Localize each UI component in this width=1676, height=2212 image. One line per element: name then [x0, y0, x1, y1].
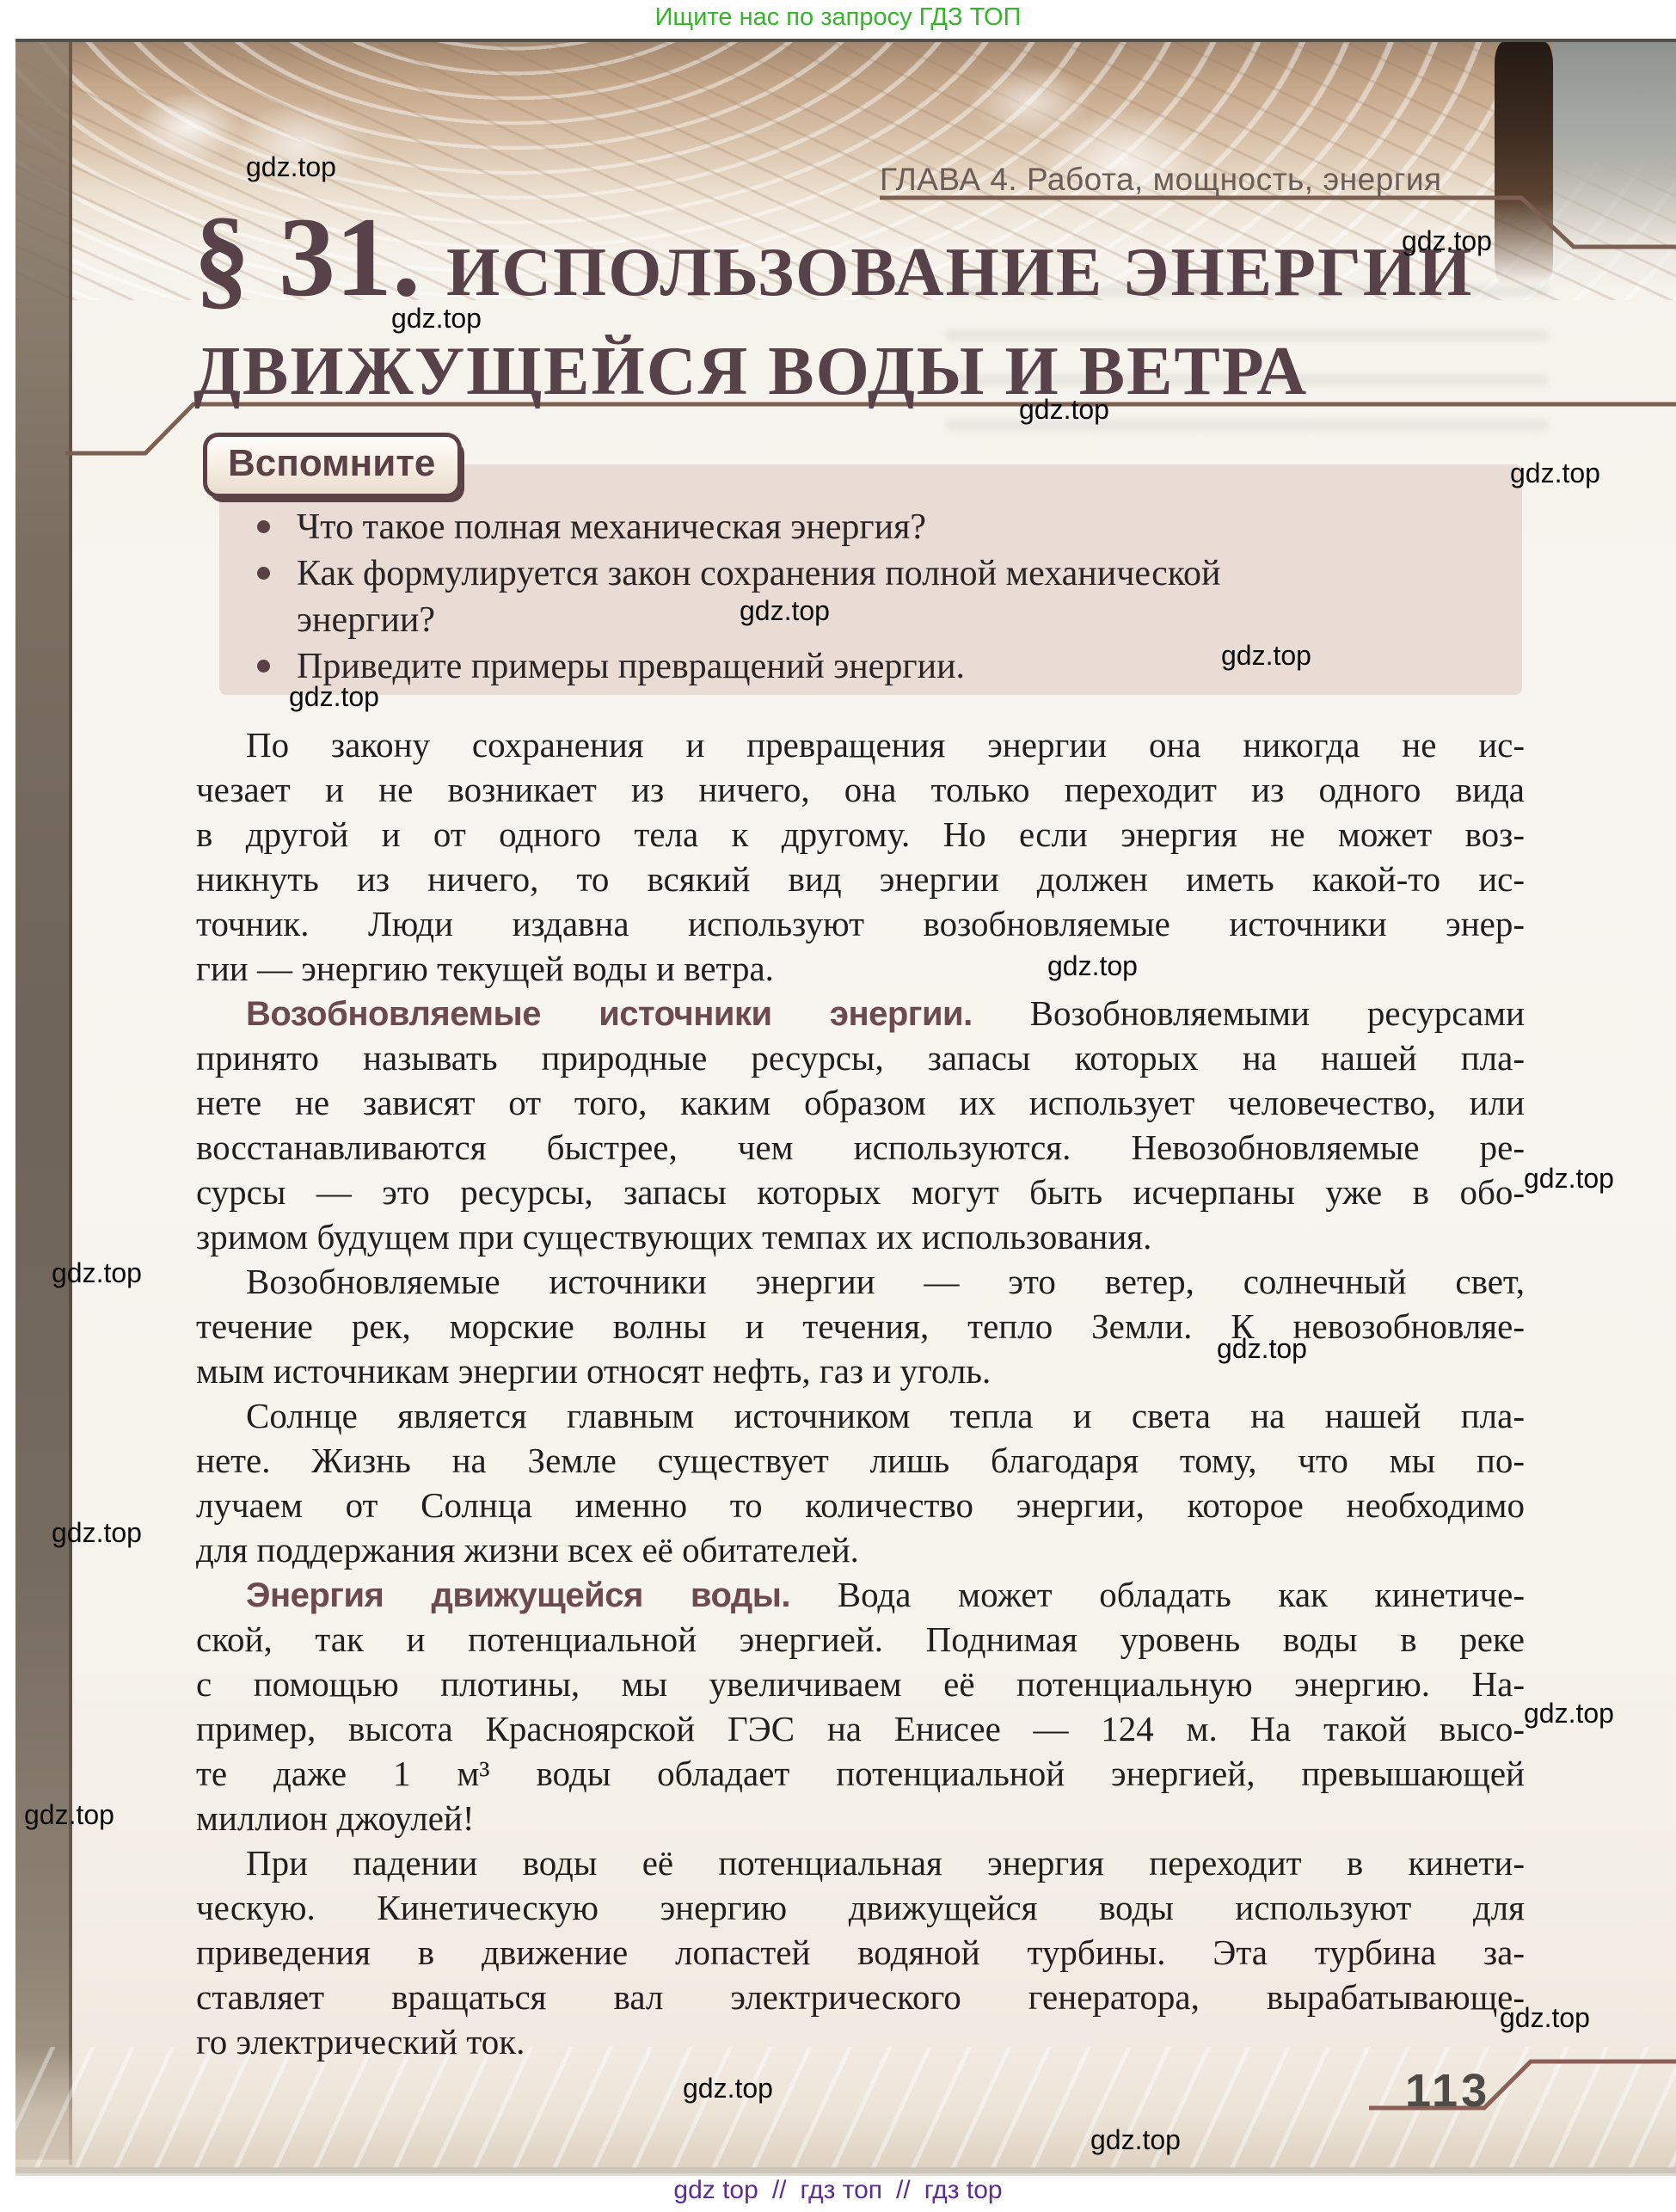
- text-line: Возобновляемые источники энергии. Возобн…: [196, 991, 1525, 1035]
- text-line: нете не зависят от того, каким образом и…: [196, 1080, 1525, 1125]
- text-line: нете. Жизнь на Земле существует лишь бла…: [196, 1438, 1525, 1483]
- recall-item: Что такое полная механическая энергия?: [255, 504, 1507, 550]
- section-title-line2: ДВИЖУЩЕЙСЯ ВОДЫ И ВЕТРА: [193, 337, 1308, 406]
- text-line: Возобновляемые источники энергии — это в…: [196, 1259, 1525, 1304]
- text-line: Энергия движущейся воды. Вода может обла…: [196, 1572, 1525, 1617]
- paragraph-lead: Возобновляемые источники энергии.: [246, 995, 973, 1033]
- text-line: го электрический ток.: [196, 2019, 1525, 2064]
- chapter-header: ГЛАВА 4. Работа, мощность, энергия: [880, 162, 1533, 198]
- text-line: Солнце является главным источником тепла…: [196, 1393, 1525, 1438]
- text-line: чезает и не возникает из ничего, она тол…: [196, 767, 1525, 812]
- watermark: gdz.top: [1019, 394, 1109, 426]
- watermark: gdz.top: [246, 151, 336, 183]
- watermark: gdz.top: [52, 1517, 142, 1549]
- footer-link[interactable]: гдз топ: [800, 2176, 882, 2204]
- footer-separator: //: [896, 2176, 911, 2204]
- section-number: § 31.: [193, 194, 421, 320]
- text-line: мым источникам энергии относят нефть, га…: [196, 1349, 1525, 1393]
- text-line: течение рек, морские волны и течения, те…: [196, 1304, 1525, 1349]
- paragraph-lead: Энергия движущейся воды.: [246, 1576, 790, 1614]
- text-line: зримом будущем при существующих темпах и…: [196, 1214, 1525, 1259]
- text-line: миллион джоулей!: [196, 1796, 1525, 1840]
- watermark: gdz.top: [1217, 1333, 1307, 1365]
- text-line: с помощью плотины, мы увеличиваем её пот…: [196, 1662, 1525, 1706]
- text-line: По закону сохранения и превращения энерг…: [196, 722, 1525, 767]
- scan-bottom-edge: [15, 2167, 1676, 2173]
- page-number: 113: [1405, 2064, 1490, 2117]
- watermark: gdz.top: [1500, 2002, 1590, 2034]
- text-line: для поддержания жизни всех её обитателей…: [196, 1527, 1525, 1572]
- text-line: принято называть природные ресурсы, запа…: [196, 1035, 1525, 1080]
- watermark: gdz.top: [391, 303, 482, 335]
- text-line: никнуть из ничего, то всякий вид энергии…: [196, 857, 1525, 901]
- section-title-text: ИСПОЛЬЗОВАНИЕ ЭНЕРГИИ: [446, 235, 1473, 310]
- book-spine-shadow: [15, 42, 72, 2160]
- text-line: лучаем от Солнца именно то количество эн…: [196, 1483, 1525, 1527]
- text-line: При падении воды её потенциальная энерги…: [196, 1840, 1525, 1885]
- footer-separator: //: [772, 2176, 787, 2204]
- recall-item: Как формулируется закон сохранения полно…: [255, 550, 1507, 643]
- watermark: gdz.top: [1524, 1163, 1614, 1195]
- text-line: пример, высота Красноярской ГЭС на Енисе…: [196, 1706, 1525, 1751]
- text-line: восстанавливаются быстрее, чем использую…: [196, 1125, 1525, 1170]
- watermark: gdz.top: [1090, 2124, 1181, 2156]
- text-line: приведения в движение лопастей водяной т…: [196, 1930, 1525, 1975]
- text-line: гии — энергию текущей воды и ветра.: [196, 946, 1525, 991]
- page-edge-line: [69, 42, 72, 2165]
- text-line: ческую. Кинетическую энергию движущейся …: [196, 1885, 1525, 1930]
- watermark: gdz.top: [24, 1799, 114, 1831]
- watermark: gdz.top: [1524, 1698, 1614, 1730]
- footer-link[interactable]: gdz top: [673, 2176, 758, 2204]
- watermark: gdz.top: [52, 1257, 142, 1289]
- recall-list: Что такое полная механическая энергия?Ка…: [255, 504, 1507, 690]
- promo-banner: Ищите нас по запросу ГДЗ ТОП: [0, 3, 1676, 32]
- text-line: ставляет вращаться вал электрического ге…: [196, 1975, 1525, 2019]
- recall-item: Приведите примеры превращений энергии.: [255, 643, 1507, 690]
- watermark: gdz.top: [1221, 640, 1311, 672]
- text-line: в другой и от одного тела к другому. Но …: [196, 812, 1525, 857]
- watermark: gdz.top: [1510, 458, 1600, 489]
- watermark: gdz.top: [1402, 225, 1492, 257]
- text-line: те даже 1 м³ воды обладает потенциальной…: [196, 1751, 1525, 1796]
- text-line: сурсы — это ресурсы, запасы которых могу…: [196, 1170, 1525, 1214]
- watermark: gdz.top: [740, 595, 830, 627]
- watermark: gdz.top: [289, 681, 379, 713]
- body-text: По закону сохранения и превращения энерг…: [196, 722, 1525, 2064]
- footer-links: gdz top//гдз топ//гдз top: [0, 2176, 1676, 2205]
- text-line: ской, так и потенциальной энергией. Подн…: [196, 1617, 1525, 1662]
- watermark: gdz.top: [683, 2073, 773, 2104]
- watermark: gdz.top: [1047, 950, 1138, 982]
- recall-box-label: Вспомните: [203, 433, 462, 498]
- text-line: точник. Люди издавна используют возобнов…: [196, 901, 1525, 946]
- scan-gray-corner: [1553, 42, 1676, 292]
- footer-link[interactable]: гдз top: [924, 2176, 1003, 2204]
- section-title-line1: § 31.ИСПОЛЬЗОВАНИЕ ЭНЕРГИИ: [193, 200, 1473, 314]
